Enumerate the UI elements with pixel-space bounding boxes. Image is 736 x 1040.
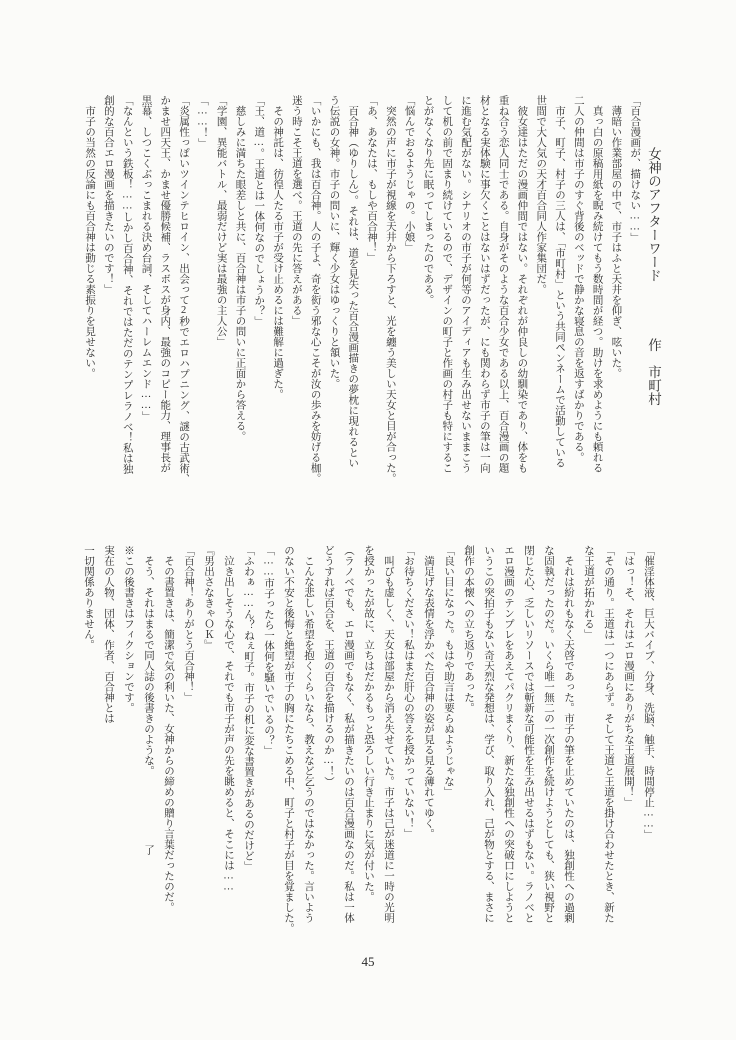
- text-column: その書置きは、簡潔で気の利いた、女神からの締めの贈り言葉だったのだ。: [158, 545, 178, 943]
- text-column: 薄暗い作業部屋の中で、市子はふと天井を仰ぎ、呟いた。: [606, 95, 625, 493]
- text-column: を授かったが故に、立ちはだかるもっと恐ろしい行き止まりに気が付いた。: [358, 545, 378, 943]
- author-credit: 作 市町村: [646, 338, 661, 406]
- text-column: に進む気配がない。シナリオの市子が何等のアイディアも生み出せないままこう: [455, 95, 474, 493]
- text-column: 「ふわぁ……ん？ねぇ町子。市子の机に変な書置きがあるのだけど」: [238, 545, 258, 943]
- text-column: （ラノベでも、エロ漫画でもなく、私が描きたいのは百合漫画なのだ。私は一体: [338, 545, 358, 943]
- text-column: な王道が拓かれる」: [578, 545, 598, 943]
- text-column: 「炎属性っぽいツインテヒロイン、出会って2秒でエロハプニング、謎の古武術、: [173, 95, 192, 493]
- text-column: 真っ白の原稿用紙を睨み続けてもう数時間が経つ。助けを求めようにも頼れる: [587, 95, 606, 493]
- text-column: のない不安と後悔と絶望が市子の胸にたちこめる中、町子と村子が目を覚ました。: [278, 545, 298, 943]
- page-number: 45: [0, 954, 736, 970]
- text-column: どうすれば百合を、王道の百合を描けるのか…！）: [318, 545, 338, 943]
- text-column: 材となる実体験に事欠くことはないはずだったが、にも関わらず市子の筆は一向: [474, 95, 493, 493]
- text-column: 黒幕、しつこくぶっこまれる決め台詞、そしてハーレムエンド……」: [136, 95, 155, 493]
- text-column: 「……市子ったら一体何を騒いでいるの？」: [258, 545, 278, 943]
- text-column: 「その通り。王道は一つにあらず。そして王道と王道を掛け合わせたとき、新た: [598, 545, 618, 943]
- text-column: いうこの突拍子もない奇天烈な発想は、学び、取り入れ、己が物とする、まさに: [478, 545, 498, 943]
- text-column: 世間で大人気の天才百合同人作家集団だ。: [530, 95, 549, 493]
- text-column: 「あ、あなたは、もしや百合神！」: [361, 95, 380, 493]
- text-column: 迷う時こそ王道を選べ。王道の先に答えがある」: [286, 95, 305, 493]
- text-column: う伝説の女神。市子の問いに、輝く少女はゆっくりと頷いた。: [324, 95, 343, 493]
- text-column: 「お待ちください！私はまだ肝心の答えを授かっていない！」: [398, 545, 418, 943]
- text-column: 創的な百合エロ漫画を描きたいのです！」: [98, 95, 117, 493]
- text-column: 百合神（ゆりしん）。それは、道を見失った百合漫画描きの夢枕に現れるとい: [342, 95, 361, 493]
- text-column: 市子の当然の反論にも百合神は動じる素振りを見せない。: [79, 95, 98, 493]
- text-column: 『男出さなきゃＯＫ』: [198, 545, 218, 943]
- text-column: 「百合神！ありがとう百合神！」: [178, 545, 198, 943]
- text-column: 二人の仲間は市子のすぐ背後のベッドで静かな寝息の音を返すばかりである。: [568, 95, 587, 493]
- text-column: 泣き出しそうな心で、それでも市子が声の先を眺めると、そこには……: [218, 545, 238, 943]
- text-column: 「良い目になった。もはや助言は要らぬようじゃな」: [438, 545, 458, 943]
- text-column: エロ漫画のテンプレをあえてパクリまくり、新たな独創性への突破口にしようと: [498, 545, 518, 943]
- text-column: ※この後書きはフィクションです。: [118, 545, 138, 943]
- afterword-text-block-top: 女神のアフターワード作 市町村 「百合漫画が、描けない……」 薄暗い作業部屋の中…: [72, 95, 662, 493]
- text-column: こんな悲しい希望を抱くくらいなら、教えなど乞うのではなかった。言いよう: [298, 545, 318, 943]
- text-column: 実在の人物、団体、作者、百合神とは: [98, 545, 118, 943]
- text-column: な固執だったのだ。いくら唯一無二の一次創作を続けようとしても、狭い視野と: [538, 545, 558, 943]
- text-column: 「学園、異能バトル、最弱だけど実は最強の主人公」: [211, 95, 230, 493]
- text-column: 「……！」: [192, 95, 211, 493]
- text-column: 彼女達はただの漫画仲間ではない。それぞれが仲良しの幼馴染であり、体をも: [512, 95, 531, 493]
- text-column: かませ四天王、かませ優勝候補、ラスボスが身内、最強のコピー能力、理事長が: [154, 95, 173, 493]
- text-column: 「催淫体液、巨大バイブ、分身、洗脳、触手、時間停止……」: [638, 545, 658, 943]
- text-column: その神託は、彷徨人たる市子が受け止めるには難解に過ぎた。: [267, 95, 286, 493]
- afterword-page: 女神のアフターワード作 市町村 「百合漫画が、描けない……」 薄暗い作業部屋の中…: [0, 0, 736, 1040]
- text-column: 「悩んでおるようじゃの。小娘」: [399, 95, 418, 493]
- text-column: 閉じた心、乏しいリソースでは斬新な可能性を生み出せるはずもない。ラノベと: [518, 545, 538, 943]
- text-column: 「王、道…。王道とは一体何なのでしょうか？」: [248, 95, 267, 493]
- title-column: 女神のアフターワード作 市町村: [643, 95, 662, 493]
- text-column: 慈しみに満ちた眼差しと共に、百合神は市子の問いに正面から答える。: [230, 95, 249, 493]
- text-column: 「百合漫画が、描けない……」: [624, 95, 643, 493]
- text-column: 重ね合う恋人同士である。自身がそのような百合少女である以上、百合漫画の題: [493, 95, 512, 493]
- text-column: して机の前で固まり続けているので、デザインの町子と作画の村子も特にするこ: [436, 95, 455, 493]
- text-column: それは紛れもなく天啓であった。市子の筆を止めていたのは、独創性への過剰: [558, 545, 578, 943]
- text-column: 叫びも虚しく、天女は部屋から消え失せていた。市子は己が迷道に一時の光明: [378, 545, 398, 943]
- text-column: とがなくなり先に眠ってしまったのである。: [418, 95, 437, 493]
- text-column: 突然の声に市子が視線を天井から下ろすと、光を纏う美しい天女と目が合った。: [380, 95, 399, 493]
- text-column: 満足げな表情を浮かべた百合神の姿が見る見る薄れてゆく。: [418, 545, 438, 943]
- text-column: 「なんという鉄板！……しかし百合神、それではただのテンプレラノベ！私は独: [117, 95, 136, 493]
- text-column: 「はっ！そ、それはエロ漫画にありがちな王道展開！」: [618, 545, 638, 943]
- text-column: そう、それはまるで同人誌の後書きのような。 了: [138, 545, 158, 943]
- page-title: 女神のアフターワード: [646, 147, 661, 282]
- text-column: 創作の本懐への立ち返りであった。: [458, 545, 478, 943]
- text-column: 一切関係ありません。: [78, 545, 98, 943]
- text-column: 市子、町子、村子の三人は、「市町村」という共同ペンネームで活動している: [549, 95, 568, 493]
- afterword-text-block-bottom: 「催淫体液、巨大バイブ、分身、洗脳、触手、時間停止……」「はっ！そ、それはエロ漫…: [76, 545, 658, 943]
- text-column: 「いかにも、我は百合神。人の子よ、奇を衒う邪な心こそが汝の歩みを妨げる枷。: [305, 95, 324, 493]
